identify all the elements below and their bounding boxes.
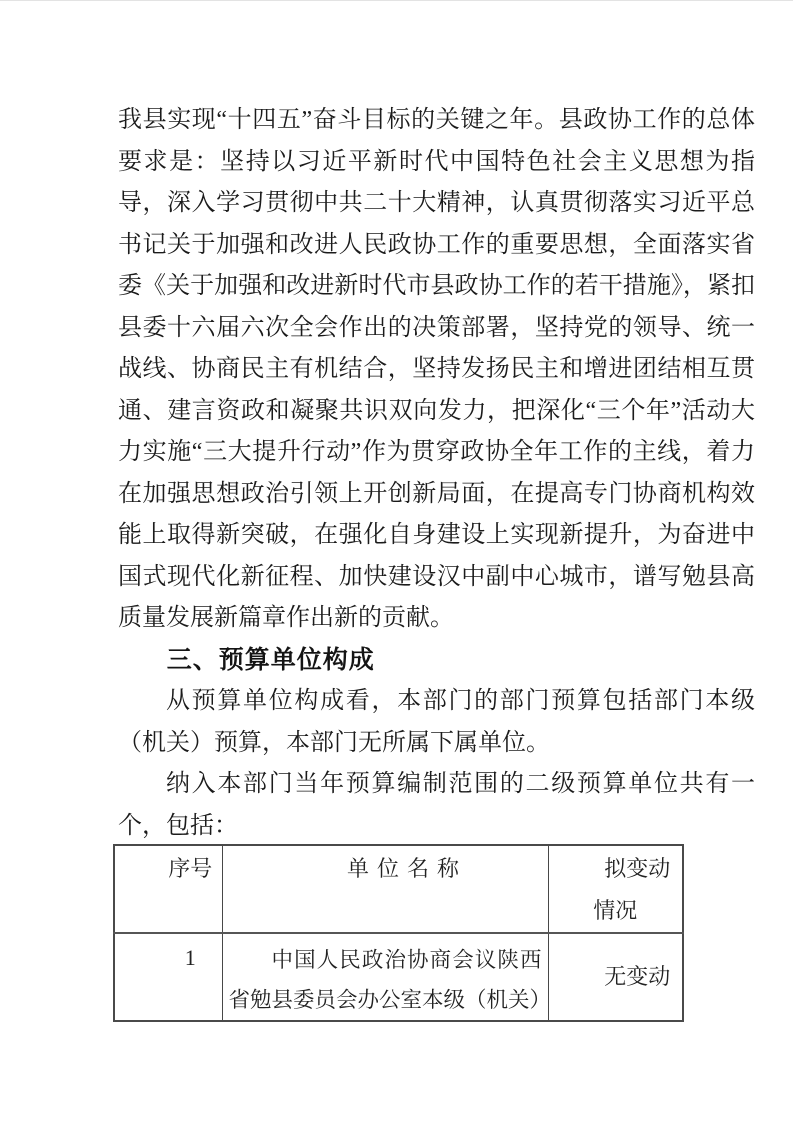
header-change-status-line1: 拟变动 (549, 848, 683, 890)
cell-change-status: 无变动 (548, 933, 683, 1021)
table-row: 1 中国人民政治协商会议陕西 省勉县委员会办公室本级（机关） 无变动 (114, 933, 683, 1021)
table-header-row: 序号 单位名称 拟变动 情况 (114, 845, 683, 933)
unit-name-line2: 省勉县委员会办公室本级（机关） (229, 980, 542, 1020)
section-heading-budget-unit-composition: 三、预算单位构成 (118, 640, 755, 682)
unit-name-line1: 中国人民政治协商会议陕西 (229, 940, 542, 980)
paragraph-intro-continued: 我县实现“十四五”奋斗目标的关键之年。县政协工作的总体要求是：坚持以习近平新时代… (118, 100, 755, 640)
header-cell-unit-name: 单位名称 (222, 845, 548, 933)
document-body: 我县实现“十四五”奋斗目标的关键之年。县政协工作的总体要求是：坚持以习近平新时代… (118, 100, 755, 1022)
header-cell-index: 序号 (114, 845, 222, 933)
budget-units-table: 序号 单位名称 拟变动 情况 1 中国人民政治协商会议陕西 省勉县委员会办公室本… (113, 844, 684, 1022)
paragraph-composition: 从预算单位构成看，本部门的部门预算包括部门本级（机关）预算，本部门无所属下属单位… (118, 681, 755, 764)
document-page: 我县实现“十四五”奋斗目标的关键之年。县政协工作的总体要求是：坚持以习近平新时代… (0, 0, 793, 1123)
paragraph-units-intro: 纳入本部门当年预算编制范围的二级预算单位共有一个，包括： (118, 764, 755, 847)
cell-unit-name: 中国人民政治协商会议陕西 省勉县委员会办公室本级（机关） (222, 933, 548, 1021)
header-change-status-line2: 情况 (549, 890, 683, 932)
header-cell-change-status: 拟变动 情况 (548, 845, 683, 933)
cell-row-index: 1 (114, 933, 222, 1021)
